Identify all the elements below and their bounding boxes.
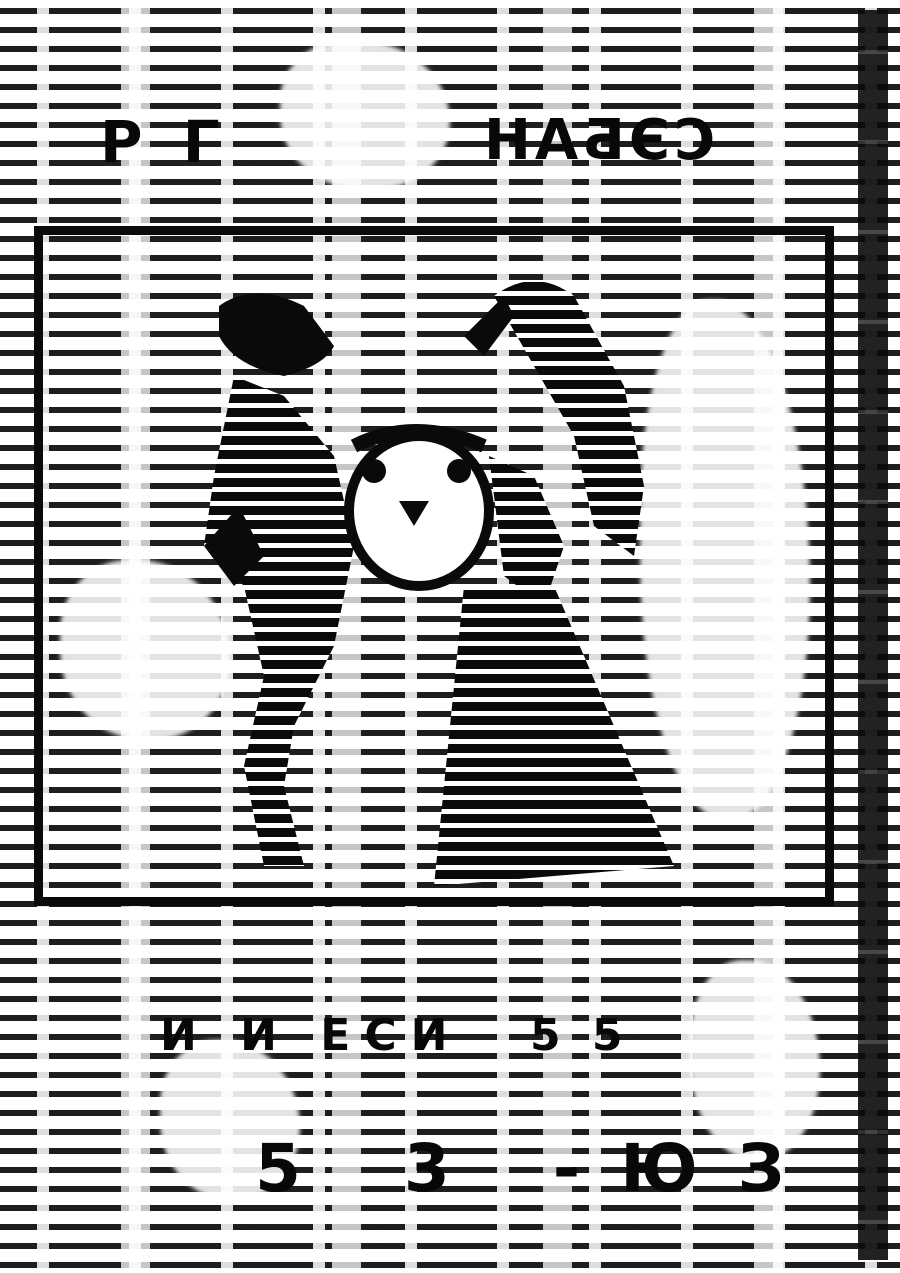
right-figure — [349, 281, 674, 886]
bottom-lettering-line1-right: 5 5 — [530, 1010, 631, 1061]
top-right-lettering: СЭБАН — [480, 108, 715, 173]
bottom-lettering-line2: 5 3 -ЮЗ — [255, 1130, 825, 1207]
bottom-lettering-line1-left: И И ЕСИ — [160, 1010, 461, 1061]
figures-illustration — [34, 226, 834, 906]
print-sheet: Р Г СЭБАН И И ЕСИ 5 5 5 — [0, 0, 900, 1273]
left-figure — [204, 294, 354, 867]
top-left-lettering: Р Г — [100, 108, 230, 176]
right-edge-ink-bar — [858, 10, 888, 1260]
